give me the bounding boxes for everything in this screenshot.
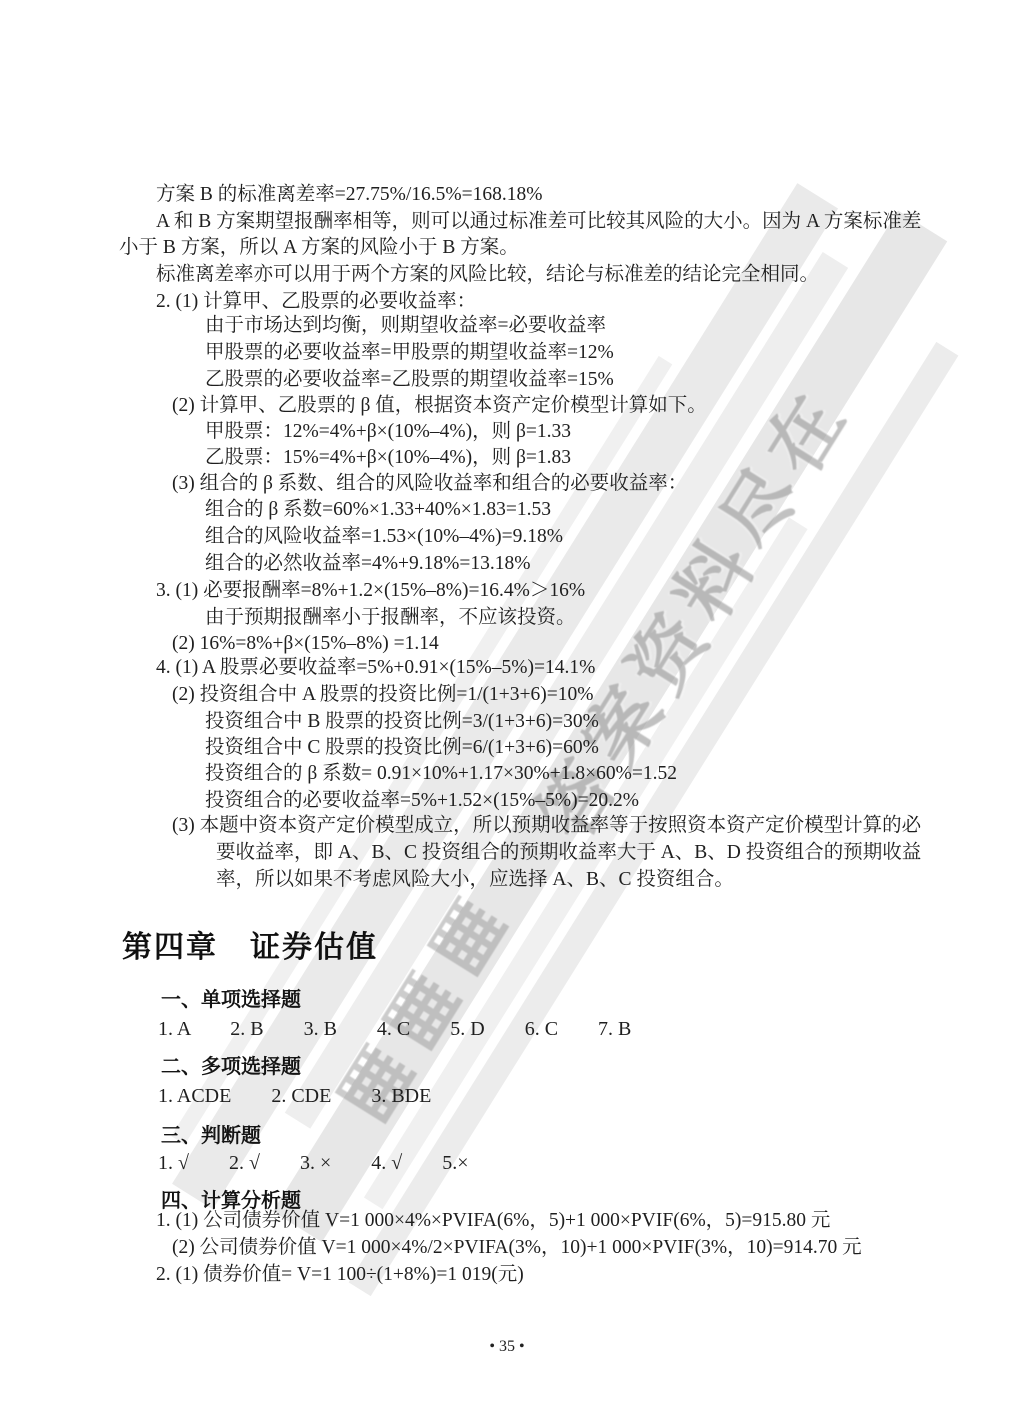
body-line: 由于市场达到均衡，则期望收益率=必要收益率 [205,313,606,339]
body-line: 乙股票：15%=4%+β×(10%–4%)，则 β=1.83 [205,445,571,471]
section-title-multi-choice: 二、多项选择题 [161,1050,301,1079]
body-line: (3) 组合的 β 系数、组合的风险收益率和组合的必要收益率： [172,471,687,497]
body-line: 由于预期报酬率小于报酬率，不应该投资。 [205,605,576,631]
body-line: 组合的必然收益率=4%+9.18%=13.18% [205,551,530,577]
body-line: 投资组合中 C 股票的投资比例=6/(1+3+6)=60% [205,735,599,761]
calc-line: (2) 公司债券价值 V=1 000×4%/2×PVIFA(3%，10)+1 0… [172,1235,862,1261]
body-line: (2) 计算甲、乙股票的 β 值，根据资本资产定价模型计算如下。 [172,393,707,419]
scanned-document-page: 答案资料尽在 方案 B 的标准离差率=27.75%/16.5%=168.18% … [0,0,1014,1414]
body-line: (3) 本题中资本资产定价模型成立，所以预期收益率等于按照资本资产定价模型计算的… [172,813,921,839]
body-line: 率，所以如果不考虑风险大小，应选择 A、B、C 投资组合。 [216,867,734,893]
body-line: 投资组合的 β 系数= 0.91×10%+1.17×30%+1.8×60%=1.… [205,761,677,787]
body-line: (2) 16%=8%+β×(15%–8%) =1.14 [172,631,439,657]
body-line: 组合的 β 系数=60%×1.33+40%×1.83=1.53 [205,497,551,523]
body-line: 甲股票的必要收益率=甲股票的期望收益率=12% [205,340,614,366]
body-line: (2) 投资组合中 A 股票的投资比例=1/(1+3+6)=10% [172,682,594,708]
section-title-true-false: 三、判断题 [161,1119,261,1148]
section-title-single-choice: 一、单项选择题 [161,983,301,1012]
answer-row-single-choice: 1. A 2. B 3. B 4. C 5. D 6. C 7. B [158,1012,631,1041]
body-line: 3. (1) 必要报酬率=8%+1.2×(15%–8%)=16.4%＞16% [156,578,585,604]
body-line: 投资组合的必要收益率=5%+1.52×(15%–5%)=20.2% [205,788,639,814]
body-line: 甲股票：12%=4%+β×(10%–4%)，则 β=1.33 [205,419,571,445]
body-line: 组合的风险收益率=1.53×(10%–4%)=9.18% [205,524,563,550]
calc-line: 2. (1) 债券价值= V=1 100÷(1+8%)=1 019(元) [156,1262,524,1288]
page-number: • 35 • [0,1338,1014,1356]
answer-row-multi-choice: 1. ACDE 2. CDE 3. BDE [158,1079,431,1108]
answer-row-true-false: 1. √ 2. √ 3. × 4. √ 5.× [158,1146,469,1175]
body-line: 乙股票的必要收益率=乙股票的期望收益率=15% [205,367,614,393]
body-line: A 和 B 方案期望报酬率相等，则可以通过标准差可比较其风险的大小。因为 A 方… [156,209,921,235]
body-line: 要收益率，即 A、B、C 投资组合的预期收益率大于 A、B、D 投资组合的预期收… [216,840,921,866]
chapter-title: 第四章 证券估值 [122,922,378,966]
body-line: 标准离差率亦可以用于两个方案的风险比较，结论与标准差的结论完全相同。 [156,262,819,288]
body-line: 投资组合中 B 股票的投资比例=3/(1+3+6)=30% [205,709,599,735]
body-line: 方案 B 的标准离差率=27.75%/16.5%=168.18% [156,182,543,208]
body-line: 小于 B 方案，所以 A 方案的风险小于 B 方案。 [119,235,519,261]
body-line: 2. (1) 计算甲、乙股票的必要收益率： [156,289,476,315]
body-line: 4. (1) A 股票必要收益率=5%+0.91×(15%–5%)=14.1% [156,655,595,681]
calc-line: 1. (1) 公司债券价值 V=1 000×4%×PVIFA(6%，5)+1 0… [156,1208,830,1234]
